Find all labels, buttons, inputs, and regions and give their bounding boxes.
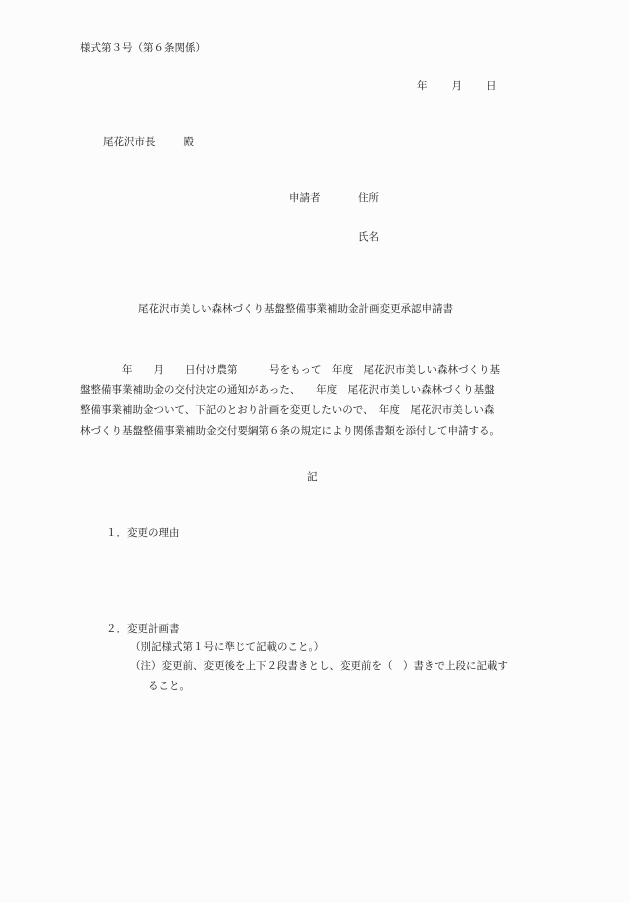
address-label: 住所	[358, 193, 379, 204]
form-number: 様式第３号（第６条関係）	[80, 43, 206, 54]
body-line: 盤整備事業補助金の交付決定の通知があった、 年度 尾花沢市美しい森林づくり基盤	[80, 380, 550, 400]
body-paragraph: 年 月 日付け農第 号をもって 年度 尾花沢市美しい森林づくり基 盤整備事業補助…	[80, 360, 550, 441]
item-change-reason: １．変更の理由	[106, 528, 180, 539]
item-label: 変更計画書	[127, 623, 180, 635]
body-line: 年 月 日付け農第 号をもって 年度 尾花沢市美しい森林づくり基	[80, 360, 550, 380]
body-line: 林づくり基盤整備事業補助金交付要綱第６条の規定により関係書類を添付して申請する。	[80, 421, 550, 441]
item-number: ２．	[106, 623, 127, 635]
date-line: 年月日	[417, 81, 497, 92]
addressee: 尾花沢市長殿	[103, 137, 194, 148]
item-number: １．	[106, 527, 127, 539]
item-note-continuation: ること。	[148, 681, 190, 692]
date-day: 日	[486, 80, 497, 92]
ki-heading: 記	[307, 472, 318, 483]
item-change-plan: ２．変更計画書	[106, 624, 180, 635]
body-line: 整備事業補助金ついて、下記のとおり計画を変更したいので、 年度 尾花沢市美しい森	[80, 400, 550, 420]
applicant-label: 申請者	[289, 193, 321, 204]
document-title: 尾花沢市美しい森林づくり基盤整備事業補助金計画変更承認申請書	[138, 304, 453, 315]
item-label: 変更の理由	[127, 527, 180, 539]
addressee-name: 尾花沢市長	[103, 136, 156, 148]
date-month: 月	[452, 80, 463, 92]
name-label: 氏名	[358, 232, 379, 243]
addressee-honorific: 殿	[184, 136, 195, 148]
date-year: 年	[417, 80, 428, 92]
item-sub-note: （別記様式第１号に準じて記載のこと。）	[130, 642, 324, 653]
item-note: （注）変更前、変更後を上下２段書きとし、変更前を（ ）書きで上段に記載す	[130, 661, 508, 672]
